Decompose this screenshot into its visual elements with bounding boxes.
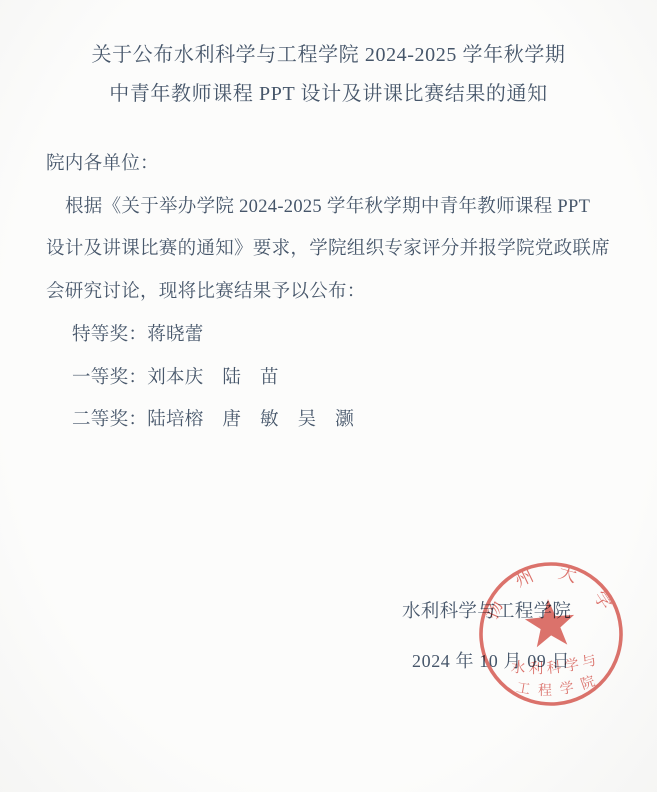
seal-college-text-line-1: 水利科学与 [509, 651, 599, 680]
notice-title: 关于公布水利科学与工程学院 2024-2025 学年秋学期 中青年教师课程 PP… [0, 36, 657, 114]
salutation: 院内各单位： [46, 143, 608, 186]
notice-title-line-2: 中青年教师课程 PPT 设计及讲课比赛结果的通知 [0, 75, 657, 114]
paragraph-line: 根据《关于举办学院 2024-2025 学年秋学期中青年教师课程 PPT [46, 186, 608, 229]
scanned-notice-page: 关于公布水利科学与工程学院 2024-2025 学年秋学期 中青年教师课程 PP… [0, 0, 657, 792]
notice-title-line-1: 关于公布水利科学与工程学院 2024-2025 学年秋学期 [0, 36, 657, 75]
award-line-first-prize: 一等奖：刘本庆 陆 苗 [46, 357, 608, 400]
paragraph-line: 会研究讨论，现将比赛结果予以公布： [46, 271, 608, 314]
red-star-icon [523, 597, 576, 648]
official-seal: 扬州大学 水利科学与 工程学院 [476, 559, 626, 709]
notice-body: 院内各单位： 根据《关于举办学院 2024-2025 学年秋学期中青年教师课程 … [46, 143, 608, 442]
award-line-second-prize: 二等奖：陆培榕 唐 敏 吴 灏 [46, 399, 608, 442]
paragraph-line: 设计及讲课比赛的通知》要求，学院组织专家评分并报学院党政联席 [46, 228, 608, 271]
award-line-special-prize: 特等奖：蒋晓蕾 [46, 314, 608, 357]
